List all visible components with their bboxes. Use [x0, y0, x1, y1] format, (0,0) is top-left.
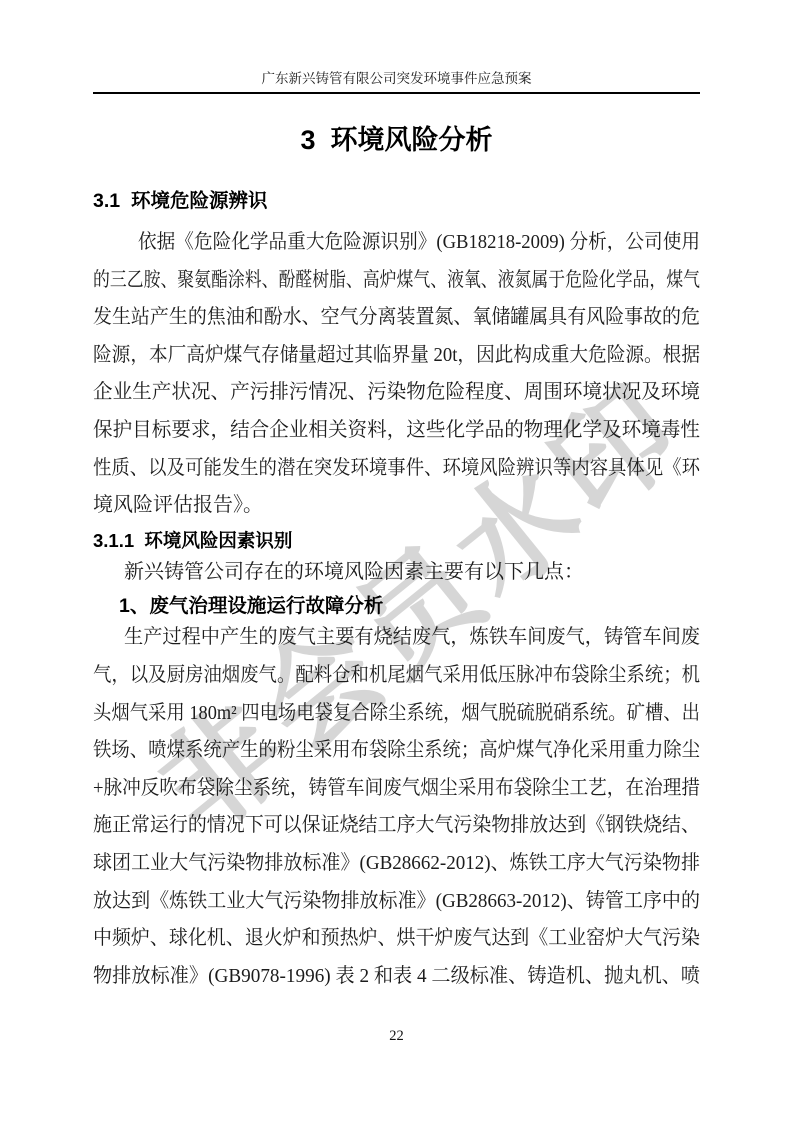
paragraph-line: 的三乙胺、聚氨酯涂料、酚醛树脂、高炉煤气、液氧、液氮属于危险化学品，煤气 [93, 262, 700, 300]
paragraph-line: 依据《危险化学品重大危险源识别》(GB18218-2009) 分析，公司使用 [93, 224, 700, 262]
section-3-1-heading: 3.1 环境危险源辨识 [93, 188, 700, 215]
paragraph-line: 施正常运行的情况下可以保证烧结工序大气污染物排放达到《钢铁烧结、 [93, 807, 700, 845]
paragraph-line: 气，以及厨房油烟废气。配料仓和机尾烟气采用低压脉冲布袋除尘系统；机 [93, 657, 700, 695]
page-content: 广东新兴铸管有限公司突发环境事件应急预案 3 环境风险分析 3.1 环境危险源辨… [0, 0, 793, 1045]
paragraph-line: 险源，本厂高炉煤气存储量超过其临界量 20t，因此构成重大危险源。根据 [93, 337, 700, 375]
paragraph-line: +脉冲反吹布袋除尘系统，铸管车间废气烟尘采用布袋除尘工艺，在治理措 [93, 770, 700, 808]
page-number: 22 [93, 1027, 700, 1045]
paragraph-line: 保护目标要求，结合企业相关资料，这些化学品的物理化学及环境毒性 [93, 412, 700, 450]
paragraph-line: 中频炉、球化机、退火炉和预热炉、烘干炉废气达到《工业窑炉大气污染 [93, 920, 700, 958]
paragraph-line: 境风险评估报告》。 [93, 487, 700, 525]
document-page: 非会员水印 广东新兴铸管有限公司突发环境事件应急预案 3 环境风险分析 3.1 … [0, 0, 793, 1122]
paragraph-line: 放达到《炼铁工业大气污染物排放标准》(GB28663-2012)、铸管工序中的 [93, 883, 700, 921]
item-1-paragraph: 生产过程中产生的废气主要有烧结废气，炼铁车间废气，铸管车间废气，以及厨房油烟废气… [93, 619, 700, 995]
section-3-1-1-intro: 新兴铸管公司存在的环境风险因素主要有以下几点： [93, 554, 700, 592]
paragraph-line: 头烟气采用 180m² 四电场电袋复合除尘系统，烟气脱硫脱硝系统。矿槽、出 [93, 695, 700, 733]
paragraph-line: 球团工业大气污染物排放标准》(GB28662-2012)、炼铁工序大气污染物排 [93, 845, 700, 883]
paragraph-line: 物排放标准》(GB9078-1996) 表 2 和表 4 二级标准、铸造机、抛丸… [93, 958, 700, 996]
paragraph-line: 企业生产状况、产污排污情况、污染物危险程度、周围环境状况及环境 [93, 374, 700, 412]
paragraph-line: 铁场、喷煤系统产生的粉尘采用布袋除尘系统；高炉煤气净化采用重力除尘 [93, 732, 700, 770]
paragraph-line: 生产过程中产生的废气主要有烧结废气，炼铁车间废气，铸管车间废 [93, 619, 700, 657]
paragraph-line: 发生站产生的焦油和酚水、空气分离装置氮、氧储罐属具有风险事故的危 [93, 299, 700, 337]
running-header-title: 广东新兴铸管有限公司突发环境事件应急预案 [93, 0, 700, 94]
section-3-1-paragraph: 依据《危险化学品重大危险源识别》(GB18218-2009) 分析，公司使用的三… [93, 224, 700, 525]
paragraph-line: 性质、以及可能发生的潜在突发环境事件、环境风险辨识等内容具体见《环 [93, 450, 700, 488]
section-3-1-1-heading: 3.1.1 环境风险因素识别 [93, 527, 700, 554]
item-1-heading: 1、废气治理设施运行故障分析 [93, 594, 700, 618]
chapter-title: 3 环境风险分析 [93, 122, 700, 158]
